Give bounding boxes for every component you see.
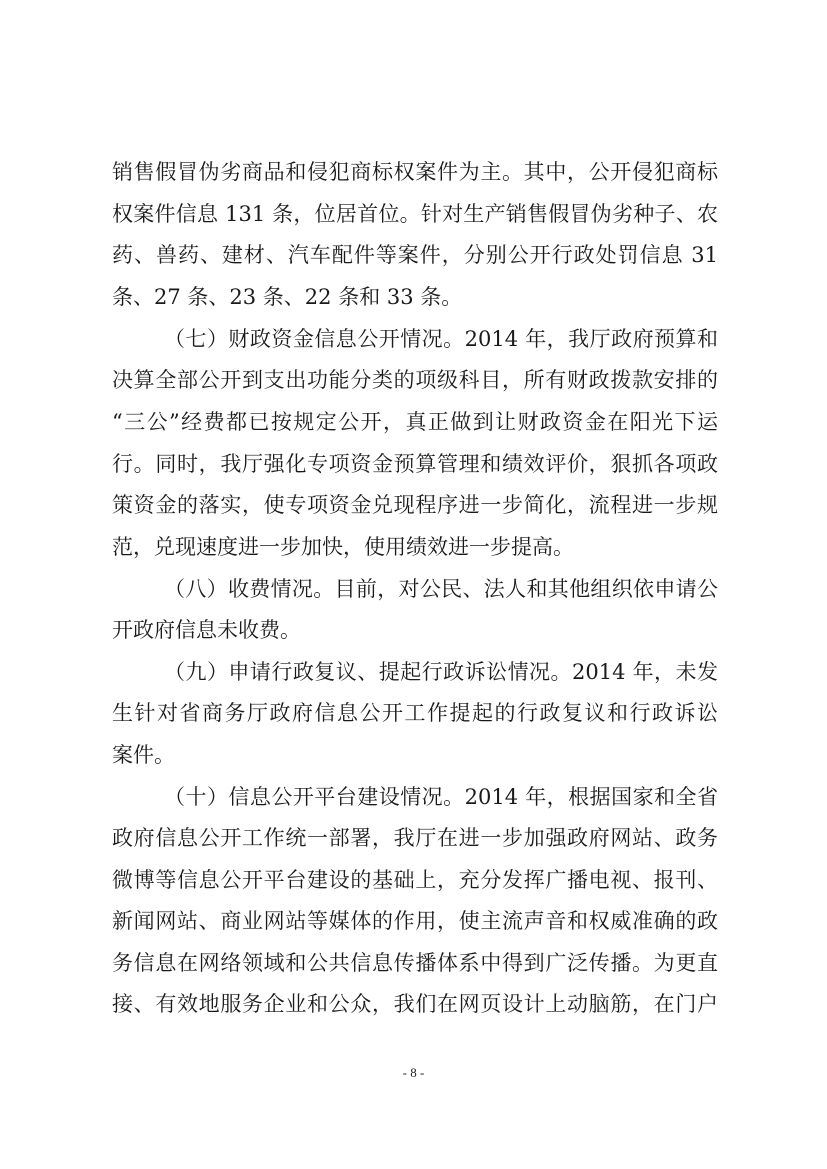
paragraph-6-line-3: 药、兽药、建材、汽车配件等案件，分别公开行政处罚信息 31: [112, 240, 718, 270]
section-8-line-2: 开政府信息未收费。: [112, 615, 718, 645]
paragraph-6-line-1: 销售假冒伪劣商品和侵犯商标权案件为主。其中，公开侵犯商标: [112, 157, 718, 187]
section-10-heading-line: （十）信息公开平台建设情况。2014 年，根据国家和全省: [164, 782, 718, 812]
section-10-line-5: 务信息在网络领域和公共信息传播体系中得到广泛传播。为更直: [112, 948, 718, 978]
section-7-heading-line: （七）财政资金信息公开情况。2014 年，我厅政府预算和: [164, 324, 718, 354]
document-page: 销售假冒伪劣商品和侵犯商标权案件为主。其中，公开侵犯商标 权案件信息 131 条…: [0, 0, 827, 1169]
page-number: - 8 -: [0, 1065, 827, 1081]
section-7-line-5: 策资金的落实，使专项资金兑现程序进一步简化，流程进一步规: [112, 490, 718, 520]
section-9-heading-line: （九）申请行政复议、提起行政诉讼情况。2014 年，未发: [164, 657, 718, 687]
section-9-line-3: 案件。: [112, 740, 718, 770]
section-10-line-4: 新闻网站、商业网站等媒体的作用，使主流声音和权威准确的政: [112, 906, 718, 936]
section-8-heading-line: （八）收费情况。目前，对公民、法人和其他组织依申请公: [164, 574, 718, 604]
section-9-line-2: 生针对省商务厅政府信息公开工作提起的行政复议和行政诉讼: [112, 698, 718, 728]
paragraph-6-line-2: 权案件信息 131 条，位居首位。针对生产销售假冒伪劣种子、农: [112, 199, 718, 229]
section-10-line-6: 接、有效地服务企业和公众，我们在网页设计上动脑筋，在门户: [112, 989, 718, 1019]
section-7-line-3: “三公”经费都已按规定公开，真正做到让财政资金在阳光下运: [112, 407, 718, 437]
section-10-line-3: 微博等信息公开平台建设的基础上，充分发挥广播电视、报刊、: [112, 865, 718, 895]
section-7-line-6: 范，兑现速度进一步加快，使用绩效进一步提高。: [112, 532, 718, 562]
paragraph-6-line-4: 条、27 条、23 条、22 条和 33 条。: [112, 282, 718, 312]
section-7-line-2: 决算全部公开到支出功能分类的项级科目，所有财政拨款安排的: [112, 365, 718, 395]
section-10-line-2: 政府信息公开工作统一部署，我厅在进一步加强政府网站、政务: [112, 823, 718, 853]
section-7-line-4: 行。同时，我厅强化专项资金预算管理和绩效评价，狠抓各项政: [112, 449, 718, 479]
